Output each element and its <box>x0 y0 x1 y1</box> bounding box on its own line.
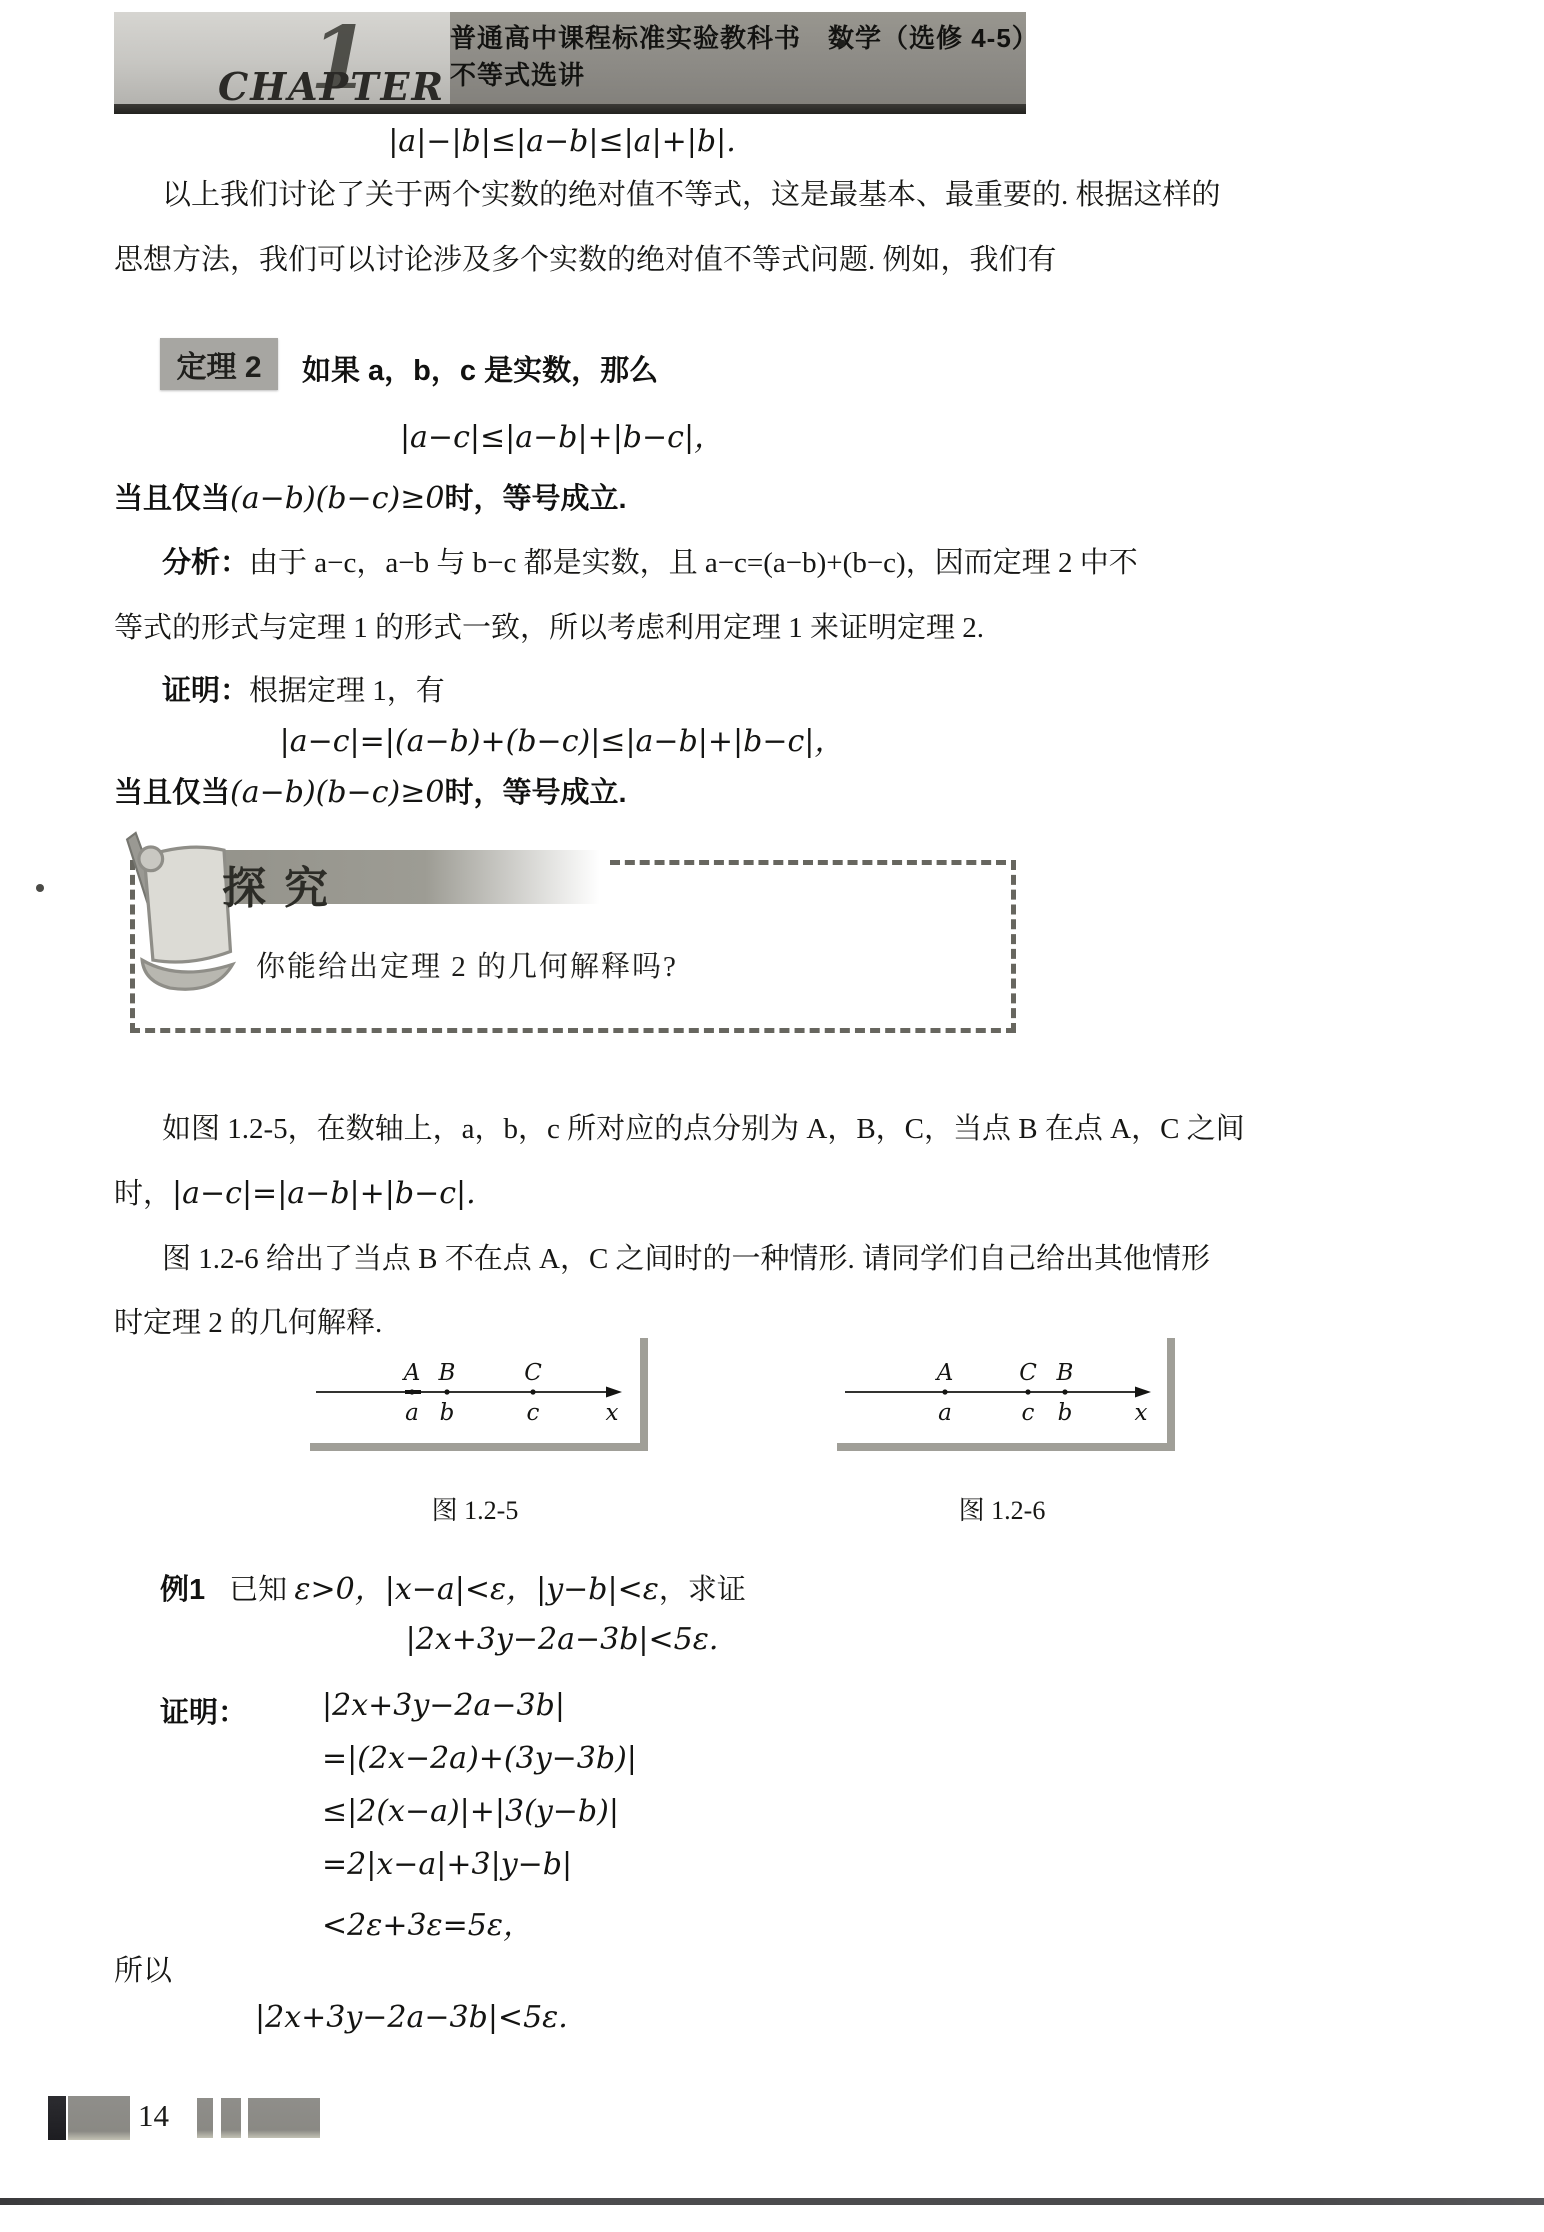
example1-proof-step-1: |2x+3y−2a−3b| <box>322 1688 565 1723</box>
geometry-line-4: 时定理 2 的几何解释. <box>114 1300 382 1341</box>
fig125-point-C: C <box>524 1360 542 1386</box>
fig126-point-A: A <box>935 1360 954 1386</box>
fig125-point-B: B <box>438 1360 456 1386</box>
fig126-coord-a: a <box>938 1400 952 1426</box>
proof-condition-prefix: 当且仅当 <box>114 777 230 809</box>
figure-1-2-6-caption: 图 1.2-6 <box>877 1490 1127 1527</box>
example1-given-math: ε>0，|x−a|<ε，|y−b|<ε <box>294 1572 658 1607</box>
analysis-line-2: 等式的形式与定理 1 的形式一致，所以考虑利用定理 1 来证明定理 2. <box>114 605 984 646</box>
theorem2-badge-label: 定理 2 <box>176 342 261 386</box>
example1-proof-step-5: <2ε+3ε=5ε， <box>322 1900 533 1944</box>
theorem2-formula: |a−c|≤|a−b|+|b−c|， <box>114 412 1010 456</box>
margin-dot <box>36 884 44 892</box>
analysis-label: 分析： <box>162 547 249 579</box>
footer-block-gray-4 <box>248 2098 320 2138</box>
condition-math: (a−b)(b−c)≥0 <box>230 481 444 516</box>
fig126-coord-b: b <box>1058 1400 1073 1426</box>
theorem2-statement: 如果 a，b，c 是实数，那么 <box>302 348 658 389</box>
example1-proof-step-2: =|(2x−2a)+(3y−3b)| <box>322 1741 637 1776</box>
condition-suffix: 时，等号成立. <box>444 483 626 515</box>
page-header: 普通高中课程标准实验教科书 数学（选修 4-5） 不等式选讲 1 CHAPTER <box>114 12 1026 104</box>
intro-line-2: 思想方法，我们可以讨论涉及多个实数的绝对值不等式问题. 例如，我们有 <box>114 237 1057 278</box>
explore-question: 你能给出定理 2 的几何解释吗? <box>256 944 678 985</box>
example1-given-line: 例1已知 ε>0，|x−a|<ε，|y−b|<ε，求证 <box>160 1564 746 1608</box>
fig126-axis-label: x <box>1135 1400 1148 1426</box>
example1-label: 例1 <box>160 1574 205 1606</box>
geometry-line-2-math: |a−c|=|a−b|+|b−c|. <box>172 1176 476 1211</box>
proof-label: 证明： <box>162 675 249 707</box>
proof-condition: 当且仅当(a−b)(b−c)≥0时，等号成立. <box>114 770 627 811</box>
bottom-rule <box>0 2198 1544 2205</box>
figure-1-2-5: A B C a b c x <box>310 1338 648 1451</box>
figure-1-2-5-caption: 图 1.2-5 <box>350 1490 600 1527</box>
geometry-line-3: 图 1.2-6 给出了当点 B 不在点 A，C 之间时的一种情形. 请同学们自己… <box>162 1236 1210 1277</box>
proof-condition-math: (a−b)(b−c)≥0 <box>230 775 444 810</box>
example1-proof-label: 证明： <box>160 1690 247 1731</box>
example1-conclusion: |2x+3y−2a−3b|<5ε. <box>255 2000 568 2035</box>
footer-block-gray-2 <box>197 2098 213 2138</box>
textbook-page: 普通高中课程标准实验教科书 数学（选修 4-5） 不等式选讲 1 CHAPTER… <box>0 0 1544 2232</box>
number-line-1-2-6: A C B a c b x <box>837 1338 1167 1443</box>
footer-block-gray-3 <box>221 2098 241 2138</box>
example1-given-suffix: ，求证 <box>659 1574 746 1606</box>
analysis-line-1: 分析：由于 a−c，a−b 与 b−c 都是实数，且 a−c=(a−b)+(b−… <box>162 540 1138 581</box>
proof-condition-suffix: 时，等号成立. <box>444 777 626 809</box>
explore-box-top-border <box>610 860 1006 865</box>
book-title-banner: 普通高中课程标准实验教科书 数学（选修 4-5） 不等式选讲 <box>450 12 1026 104</box>
theorem2-badge: 定理 2 <box>160 338 278 390</box>
chapter-word: CHAPTER <box>218 64 445 109</box>
geometry-line-2: 时，|a−c|=|a−b|+|b−c|. <box>114 1171 476 1212</box>
proof-text-1: 根据定理 1，有 <box>249 675 445 707</box>
fig125-axis-label: x <box>606 1400 619 1426</box>
geometry-line-2-prefix: 时， <box>114 1178 172 1210</box>
example1-proof-step-4: =2|x−a|+3|y−b| <box>322 1847 572 1882</box>
book-title: 普通高中课程标准实验教科书 数学（选修 4-5） 不等式选讲 <box>450 18 1026 104</box>
footer-block-gray-1 <box>68 2096 130 2140</box>
fig125-point-A: A <box>402 1360 421 1386</box>
fig125-coord-a: a <box>405 1400 419 1426</box>
fig126-point-C: C <box>1019 1360 1037 1386</box>
example1-goal-formula: |2x+3y−2a−3b|<5ε. <box>114 1622 1010 1657</box>
proof-line-1: 证明：根据定理 1，有 <box>162 668 445 709</box>
fig126-coord-c: c <box>1022 1400 1035 1426</box>
fig126-point-B: B <box>1056 1360 1074 1386</box>
figure-1-2-6: A C B a c b x <box>837 1338 1175 1451</box>
geometry-line-1: 如图 1.2-5，在数轴上，a，b，c 所对应的点分别为 A，B，C，当点 B … <box>162 1106 1245 1147</box>
condition-prefix: 当且仅当 <box>114 483 230 515</box>
fig125-coord-c: c <box>527 1400 540 1426</box>
proof-formula: |a−c|=|(a−b)+(b−c)|≤|a−b|+|b−c|， <box>114 716 1010 760</box>
example1-given-prefix: 已知 <box>229 1574 294 1606</box>
formula-abs-two-numbers: |a|−|b|≤|a−b|≤|a|+|b|. <box>114 124 1010 159</box>
intro-line-1: 以上我们讨论了关于两个实数的绝对值不等式，这是最基本、最重要的. 根据这样的 <box>162 172 1221 213</box>
example1-proof-step-3: ≤|2(x−a)|+|3(y−b)| <box>322 1794 619 1829</box>
header-dot <box>838 40 845 47</box>
example1-therefore: 所以 <box>114 1948 172 1989</box>
theorem2-condition: 当且仅当(a−b)(b−c)≥0时，等号成立. <box>114 476 627 517</box>
footer-block-dark <box>48 2096 66 2140</box>
analysis-text-1: 由于 a−c，a−b 与 b−c 都是实数，且 a−c=(a−b)+(b−c)，… <box>249 547 1138 579</box>
page-number: 14 <box>138 2098 169 2134</box>
explore-badge-label: 探究 <box>222 852 346 916</box>
number-line-1-2-5: A B C a b c x <box>310 1338 640 1443</box>
fig125-coord-b: b <box>440 1400 455 1426</box>
